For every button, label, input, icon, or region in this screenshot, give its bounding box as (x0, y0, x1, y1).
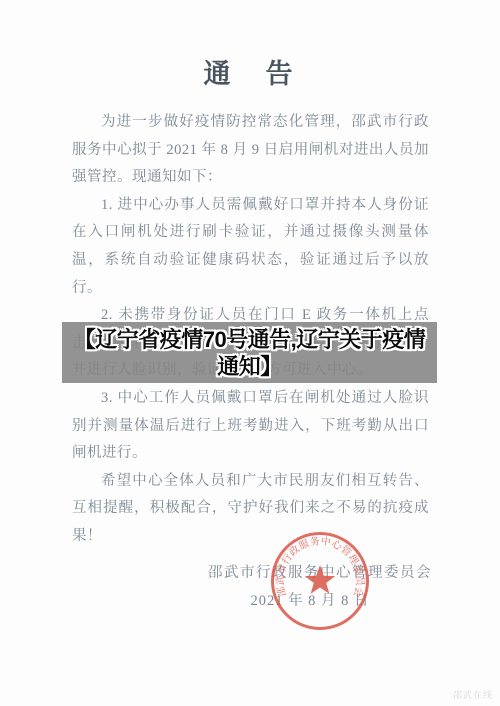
overlay-title-line2: 通知】 (217, 353, 282, 380)
watermark: 邵武在线 (453, 688, 493, 701)
notice-paragraph-intro: 为进一步做好疫情防控常态化管理，邵武市行政服务中心拟于 2021 年 8 月 9… (72, 109, 429, 192)
star-icon (305, 565, 335, 594)
notice-title: 通 告 (0, 52, 500, 91)
notice-paragraph-item1: 1. 进中心办事人员需佩戴好口罩并持本人身份证在入口闸机处进行刷卡验证，并通过摄… (72, 192, 429, 302)
overlay-title-line1: 【辽宁省疫情70号通告,辽宁关于疫情 (74, 326, 426, 353)
official-seal: 邵武市行政服务中心管理委员会 (258, 519, 382, 643)
overlay-banner: 【辽宁省疫情70号通告,辽宁关于疫情 通知】 (62, 322, 437, 383)
notice-page: 通 告 为进一步做好疫情防控常态化管理，邵武市行政服务中心拟于 2021 年 8… (0, 0, 500, 706)
notice-paragraph-item3: 3. 中心工作人员佩戴口罩后在闸机处通过人脸识别并测量体温后进行上班考勤进入，下… (72, 385, 429, 468)
